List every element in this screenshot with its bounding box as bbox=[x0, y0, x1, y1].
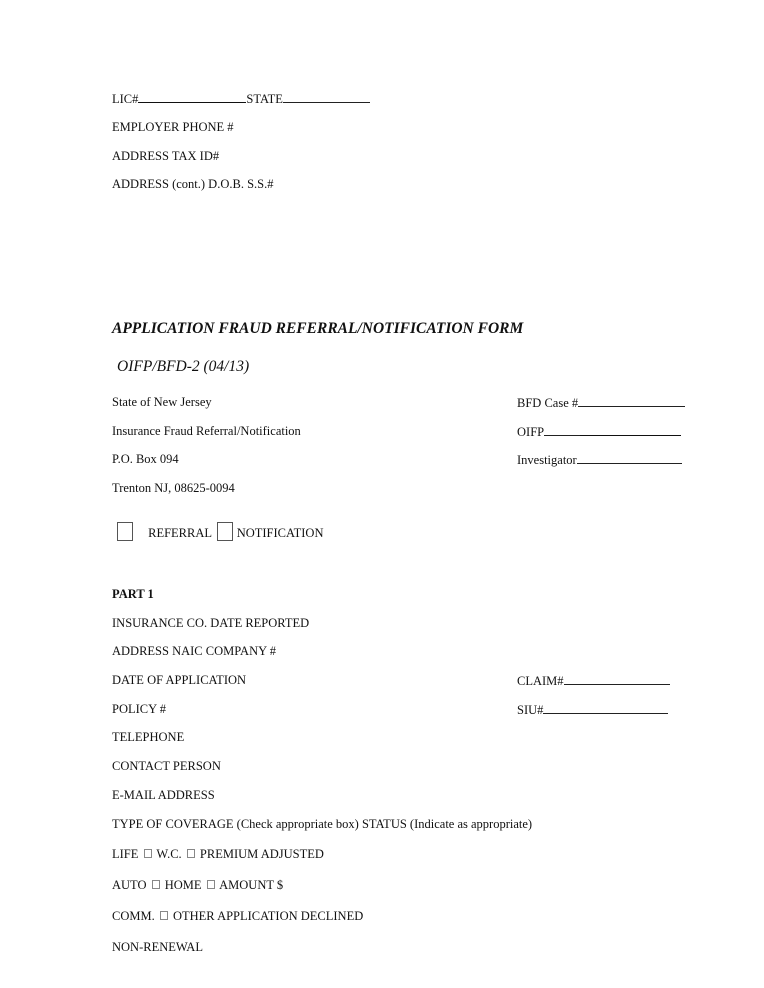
telephone-label: TELEPHONE bbox=[112, 730, 184, 744]
bfd-case-row: BFD Case # bbox=[517, 395, 685, 410]
state-label: STATE bbox=[246, 92, 283, 106]
auto-checkbox[interactable] bbox=[152, 880, 160, 889]
referral-notification-row: REFERRAL NOTIFICATION bbox=[117, 522, 324, 541]
home-checkbox[interactable] bbox=[207, 880, 215, 889]
home-label: HOME bbox=[165, 878, 202, 892]
notification-label: NOTIFICATION bbox=[237, 526, 324, 540]
notification-checkbox[interactable] bbox=[217, 522, 233, 541]
auto-label: AUTO bbox=[112, 878, 147, 892]
investigator-label: Investigator bbox=[517, 453, 577, 467]
lic-state-row: LIC#STATE bbox=[112, 91, 370, 106]
bfd-case-field[interactable] bbox=[578, 395, 685, 407]
premium-adjusted-label: PREMIUM ADJUSTED bbox=[200, 847, 324, 861]
agency-line-2: Insurance Fraud Referral/Notification bbox=[112, 424, 301, 438]
comm-checkbox[interactable] bbox=[160, 911, 168, 920]
oifp-row: OIFP bbox=[517, 424, 681, 439]
wc-label: W.C. bbox=[156, 847, 181, 861]
date-of-application-label: DATE OF APPLICATION bbox=[112, 673, 246, 687]
agency-line-1: State of New Jersey bbox=[112, 395, 212, 409]
non-renewal-label: NON-RENEWAL bbox=[112, 940, 203, 954]
claim-row: CLAIM# bbox=[517, 673, 670, 688]
coverage-row-2: AUTO HOME AMOUNT $ bbox=[112, 878, 283, 892]
amount-label: AMOUNT $ bbox=[219, 878, 283, 892]
coverage-row-3: COMM. OTHER APPLICATION DECLINED bbox=[112, 909, 363, 923]
contact-person-label: CONTACT PERSON bbox=[112, 759, 221, 773]
referral-label: REFERRAL bbox=[148, 526, 211, 540]
agency-line-3: P.O. Box 094 bbox=[112, 452, 179, 466]
investigator-field[interactable] bbox=[577, 452, 682, 464]
coverage-row-1: LIFE W.C. PREMIUM ADJUSTED bbox=[112, 847, 324, 861]
life-label: LIFE bbox=[112, 847, 138, 861]
oifp-field-a[interactable] bbox=[544, 424, 580, 436]
policy-label: POLICY # bbox=[112, 702, 166, 716]
siu-row: SIU# bbox=[517, 702, 668, 717]
investigator-row: Investigator bbox=[517, 452, 682, 467]
lic-label: LIC# bbox=[112, 92, 138, 106]
email-label: E-MAIL ADDRESS bbox=[112, 788, 215, 802]
life-checkbox[interactable] bbox=[144, 849, 152, 858]
coverage-heading: TYPE OF COVERAGE (Check appropriate box)… bbox=[112, 817, 532, 831]
claim-label: CLAIM# bbox=[517, 674, 564, 688]
claim-field[interactable] bbox=[564, 673, 670, 685]
oifp-field-b[interactable] bbox=[580, 424, 681, 436]
referral-checkbox[interactable] bbox=[117, 522, 133, 541]
siu-label: SIU# bbox=[517, 703, 543, 717]
insurance-co-label: INSURANCE CO. DATE REPORTED bbox=[112, 616, 309, 630]
address-tax-id-label: ADDRESS TAX ID# bbox=[112, 149, 219, 163]
bfd-case-label: BFD Case # bbox=[517, 396, 578, 410]
lic-field[interactable] bbox=[138, 91, 246, 103]
other-declined-label: OTHER APPLICATION DECLINED bbox=[173, 909, 363, 923]
wc-checkbox[interactable] bbox=[187, 849, 195, 858]
siu-field[interactable] bbox=[543, 702, 668, 714]
comm-label: COMM. bbox=[112, 909, 155, 923]
form-id: OIFP/BFD-2 (04/13) bbox=[117, 358, 249, 376]
agency-line-4: Trenton NJ, 08625-0094 bbox=[112, 481, 235, 495]
address-cont-label: ADDRESS (cont.) D.O.B. S.S.# bbox=[112, 177, 273, 191]
form-title: APPLICATION FRAUD REFERRAL/NOTIFICATION … bbox=[112, 320, 523, 338]
address-naic-label: ADDRESS NAIC COMPANY # bbox=[112, 644, 276, 658]
oifp-label: OIFP bbox=[517, 425, 544, 439]
state-field[interactable] bbox=[283, 91, 370, 103]
part1-heading: PART 1 bbox=[112, 587, 154, 601]
employer-phone-label: EMPLOYER PHONE # bbox=[112, 120, 234, 134]
